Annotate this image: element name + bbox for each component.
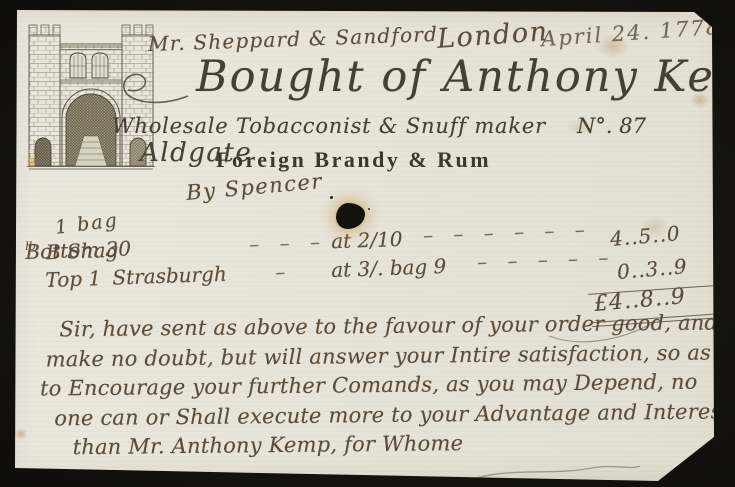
- item-dash: – – –: [249, 229, 328, 256]
- billhead-paper: Mr. Sheppard & Sandford London April 24.…: [0, 0, 735, 487]
- letter-line: than Mr. Anthony Kemp, for Whome: [72, 426, 735, 463]
- addressee-name: Mr. Sheppard & Sandford: [148, 22, 439, 56]
- goods-line: Foreign Brandy & Rum: [216, 147, 491, 173]
- paper-hole: [336, 203, 365, 229]
- bought-of-text: Bought of: [196, 52, 427, 102]
- item-desc: Strasburgh: [112, 262, 227, 290]
- ink-speck: [330, 196, 333, 199]
- item-label: Top 1: [45, 266, 102, 292]
- merchant-name: Anthony Kemp: [443, 52, 735, 102]
- invoice-date: April 24. 1778: [540, 15, 722, 52]
- place-london: London: [436, 16, 549, 55]
- row-amount-2: 0..3..9: [616, 254, 688, 284]
- scan-background: Mr. Sheppard & Sandford London April 24.…: [0, 0, 735, 487]
- bag-note: 1 bag: [54, 209, 120, 239]
- trade-description: Wholesale Tobacconist & Snuff maker: [112, 114, 546, 138]
- foxing-stain: [14, 428, 28, 440]
- row-amount-1: 4..5..0: [609, 221, 681, 251]
- cut-off-writing: [462, 462, 642, 486]
- carrier-line: By Spencer: [185, 169, 324, 205]
- pen-flourish: [118, 66, 190, 108]
- item-dash: – – – – –: [477, 245, 616, 274]
- item-rate: at 2/10: [331, 227, 403, 253]
- item-dash: –: [275, 259, 293, 284]
- item-label: Bottom 30lbB Shag: [25, 237, 119, 265]
- item-dash: – – – – – –: [423, 217, 593, 247]
- billhead-title: Bought of Anthony Kemp: [196, 52, 735, 102]
- street-number: N°. 87: [577, 114, 646, 138]
- item-rate: at 3/. bag 9: [331, 254, 447, 282]
- letter-body: Sir, have sent as above to the favour of…: [37, 308, 723, 463]
- ink-speck: [368, 208, 370, 210]
